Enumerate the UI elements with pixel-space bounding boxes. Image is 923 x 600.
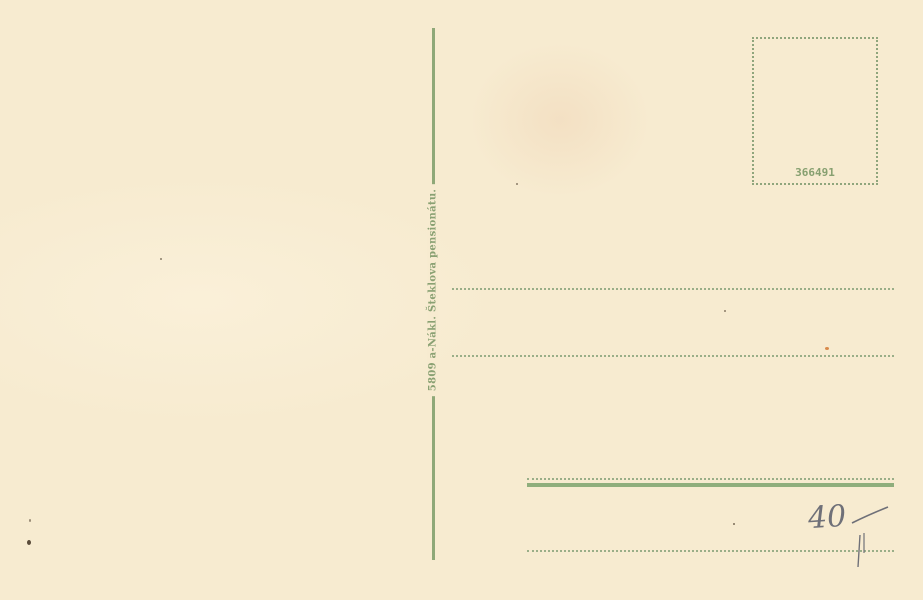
- paper-speck: [27, 540, 31, 545]
- address-line-4: [527, 550, 894, 552]
- address-line-1: [452, 288, 894, 290]
- stamp-placeholder-box: 366491: [752, 37, 878, 185]
- paper-speck: [29, 519, 31, 522]
- address-line-3-dotted: [527, 478, 894, 480]
- paper-speck: [516, 183, 518, 185]
- paper-speck: [724, 310, 726, 312]
- handwritten-stroke-icon: [848, 505, 893, 570]
- paper-speck: [733, 523, 735, 525]
- address-line-2: [452, 355, 894, 357]
- handwritten-price-note: 40: [807, 499, 848, 537]
- publisher-imprint: 5809 a-Nákl. Šteklova pensionátu.: [428, 184, 439, 396]
- address-line-3-solid: [527, 483, 894, 487]
- postcard-back: 5809 a-Nákl. Šteklova pensionátu. 366491…: [0, 0, 923, 600]
- serial-number: 366491: [754, 166, 876, 179]
- paper-speck: [825, 347, 829, 350]
- paper-speck: [160, 258, 162, 260]
